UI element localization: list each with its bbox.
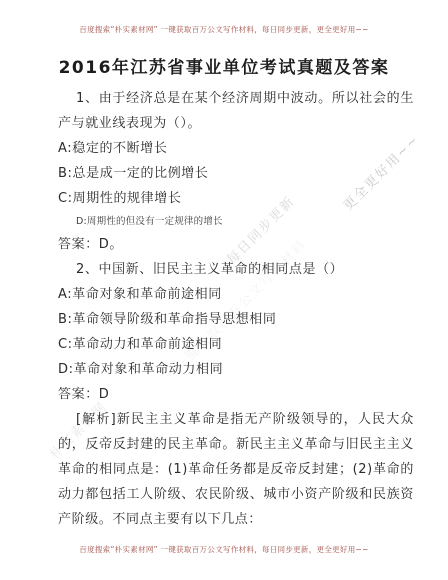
question-2-stem: 2、中国新、旧民主主义革命的相同点是（） <box>58 257 414 282</box>
question-1-stem: 1、由于经济总是在某个经济周期中波动。所以社会的生产与就业线表现为（）。 <box>58 86 414 136</box>
question-1-option-c: C:周期性的规律增长 <box>58 186 414 211</box>
document-page: 更全更好用~~ 每日同步更新 朴实素材网 一键获取百万公文写作材料 百度搜索“朴… <box>0 0 448 580</box>
question-2-option-c: C:革命动力和革命前途相同 <box>58 332 414 357</box>
question-2-option-d: D:革命对象和革命动力相同 <box>58 357 414 382</box>
question-2-analysis: [解析]新民主主义革命是指无产阶级领导的，人民大众的，反帝反封建的民主革命。新民… <box>58 407 414 532</box>
question-1-option-a: A:稳定的不断增长 <box>58 136 414 161</box>
question-1-answer: 答案：D。 <box>58 232 414 257</box>
question-1-option-d: D:周期性的但没有一定规律的增长 <box>76 211 414 232</box>
question-2-option-a: A:革命对象和革命前途相同 <box>58 282 414 307</box>
question-2-answer: 答案：D <box>58 382 414 407</box>
promo-header-text: 百度搜索“朴实素材网” 一键获取百万公文写作材料，每日同步更新，更全更好用~~ <box>0 24 448 35</box>
question-2-option-b: B:革命领导阶级和革命指导思想相同 <box>58 307 414 332</box>
question-1-option-b: B:总是成一定的比例增长 <box>58 161 414 186</box>
page-title: 2016年江苏省事业单位考试真题及答案 <box>0 53 448 78</box>
document-body: 1、由于经济总是在某个经济周期中波动。所以社会的生产与就业线表现为（）。 A:稳… <box>58 86 414 532</box>
promo-footer-text: 百度搜索“朴实素材网” 一键获取百万公文写作材料，每日同步更新，更全更好用~~ <box>0 544 448 555</box>
